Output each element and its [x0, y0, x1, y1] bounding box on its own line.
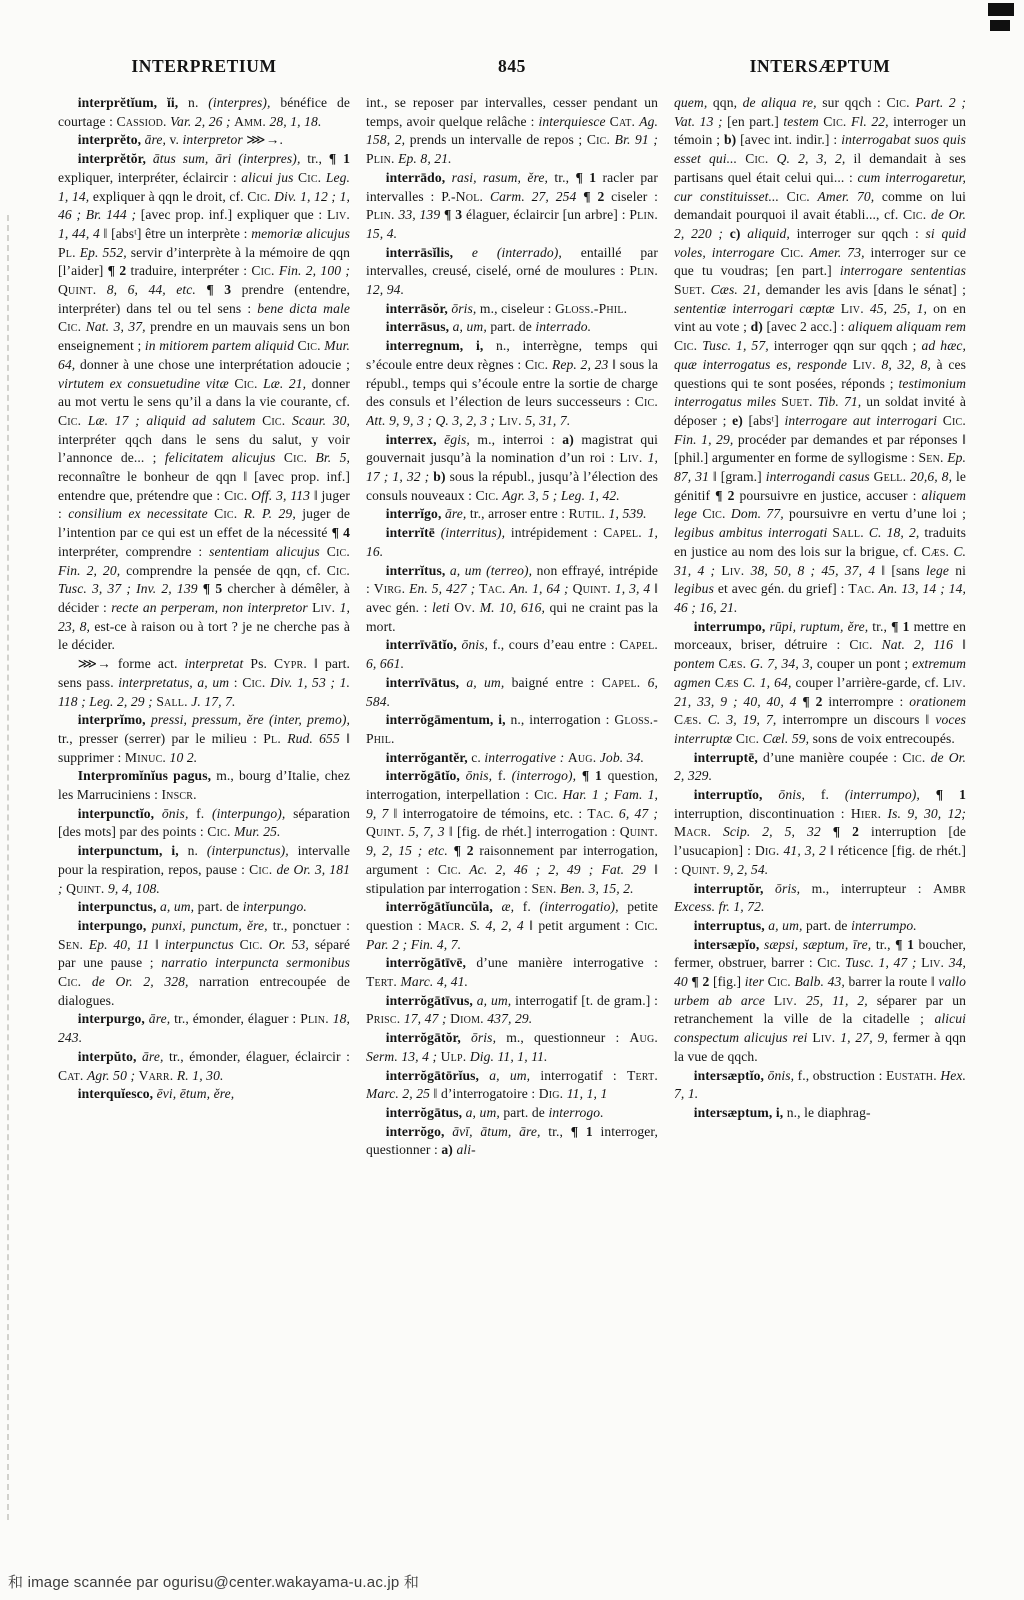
- page-number: 845: [366, 56, 658, 77]
- dictionary-paragraph: Interpromĭnĭus pagus, m., bourg d’Italie…: [58, 767, 350, 804]
- dictionary-paragraph: int., se reposer par intervalles, cesser…: [366, 94, 658, 169]
- dictionary-paragraph: interruptē, d’une manière coupée : Cic. …: [674, 749, 966, 786]
- dictionary-paragraph: interprĭmo, pressi, pressum, ĕre (inter,…: [58, 711, 350, 767]
- dictionary-paragraph: interrŏgātĭo, ōnis, f. (interrogo), ¶ 1 …: [366, 767, 658, 898]
- dictionary-paragraph: interprĕtĭum, ĭi, n. (interpres), bénéfi…: [58, 94, 350, 131]
- dictionary-paragraph: quem, qqn, de aliqua re, sur qqch : Cic.…: [674, 94, 966, 618]
- dictionary-paragraph: interrŏgantĕr, c. interrogative : Aug. J…: [366, 749, 658, 768]
- dictionary-paragraph: interrex, ēgis, m., interroi : a) magist…: [366, 431, 658, 506]
- dictionary-paragraph: interruptŏr, ōris, m., interrupteur : Am…: [674, 880, 966, 917]
- dictionary-paragraph: interrŏgātus, a, um, part. de interrogo.: [366, 1104, 658, 1123]
- guide-word-left: INTERPRETIUM: [58, 56, 350, 77]
- dictionary-paragraph: interpunctĭo, ōnis, f. (interpungo), sép…: [58, 805, 350, 842]
- dictionary-paragraph: interrŏgāmentum, i, n., interrogation : …: [366, 711, 658, 748]
- dictionary-paragraph: interrādo, rasi, rasum, ĕre, tr., ¶ 1 ra…: [366, 169, 658, 244]
- dictionary-paragraph: interrŏgātōrĭus, a, um, interrogatif : T…: [366, 1067, 658, 1104]
- scan-credit: 和 image scannée par ogurisu@center.wakay…: [8, 1571, 419, 1592]
- dictionary-paragraph: interprĕtŏr, ātus sum, āri (interpres), …: [58, 150, 350, 655]
- dictionary-paragraph: interquĭesco, ēvi, ētum, ĕre,: [58, 1085, 350, 1104]
- dictionary-page-scan: INTERPRETIUM 845 INTERSÆPTUM interprĕtĭu…: [0, 0, 1024, 1600]
- dictionary-paragraph: interrāsĭlis, e (interrado), entaillé pa…: [366, 244, 658, 300]
- dictionary-paragraph: interruptus, a, um, part. de interrumpo.: [674, 917, 966, 936]
- dictionary-paragraph: interrŏgo, āvī, ātum, āre, tr., ¶ 1 inte…: [366, 1123, 658, 1160]
- dictionary-paragraph: interprĕto, āre, v. interpretor ⋙→.: [58, 131, 350, 150]
- dictionary-paragraph: interrŏgātŏr, ōris, m., questionneur : A…: [366, 1029, 658, 1066]
- dictionary-paragraph: intersæpĭo, sæpsi, sæptum, īre, tr., ¶ 1…: [674, 936, 966, 1067]
- running-head: INTERPRETIUM 845 INTERSÆPTUM: [58, 56, 966, 77]
- dictionary-paragraph: interrĭtē (interritus), intrépidement : …: [366, 524, 658, 561]
- column-1: interprĕtĭum, ĭi, n. (interpres), bénéfi…: [58, 94, 350, 1496]
- scan-artifact-mark: [988, 3, 1014, 16]
- dictionary-paragraph: interpurgo, āre, tr., émonder, élaguer :…: [58, 1010, 350, 1047]
- dictionary-paragraph: interrŏgātĭuncŭla, æ, f. (interrogatio),…: [366, 898, 658, 954]
- text-columns: interprĕtĭum, ĭi, n. (interpres), bénéfi…: [58, 94, 966, 1496]
- dictionary-paragraph: interregnum, i, n., interrègne, temps qu…: [366, 337, 658, 431]
- column-3: quem, qqn, de aliqua re, sur qqch : Cic.…: [674, 94, 966, 1496]
- dictionary-paragraph: intersæptĭo, ōnis, f., obstruction : Eus…: [674, 1067, 966, 1104]
- dictionary-paragraph: interrĭtus, a, um (terreo), non effrayé,…: [366, 562, 658, 637]
- dictionary-paragraph: interrumpo, rūpi, ruptum, ĕre, tr., ¶ 1 …: [674, 618, 966, 749]
- dictionary-paragraph: interrīvātĭo, ōnis, f., cours d’eau entr…: [366, 636, 658, 673]
- scan-edge-line: [7, 215, 9, 1520]
- dictionary-paragraph: interpungo, punxi, punctum, ĕre, tr., po…: [58, 917, 350, 1011]
- dictionary-paragraph: interpunctus, a, um, part. de interpungo…: [58, 898, 350, 917]
- dictionary-paragraph: ⋙→ forme act. interpretat Ps. Cypr. ‖ pa…: [58, 655, 350, 711]
- dictionary-paragraph: intersæptum, i, n., le diaphrag-: [674, 1104, 966, 1123]
- dictionary-paragraph: interpunctum, i, n. (interpunctus), inte…: [58, 842, 350, 898]
- dictionary-paragraph: interpŭto, āre, tr., émonder, élaguer, é…: [58, 1048, 350, 1085]
- scan-artifact-mark: [990, 20, 1010, 31]
- guide-word-right: INTERSÆPTUM: [674, 56, 966, 77]
- dictionary-paragraph: interrŏgātīvus, a, um, interrogatif [t. …: [366, 992, 658, 1029]
- dictionary-paragraph: interruptĭo, ōnis, f. (interrumpo), ¶ 1 …: [674, 786, 966, 880]
- dictionary-paragraph: interrīvātus, a, um, baigné entre : Cape…: [366, 674, 658, 711]
- dictionary-paragraph: interrāsus, a, um, part. de interrado.: [366, 318, 658, 337]
- dictionary-paragraph: interrĭgo, āre, tr., arroser entre : Rut…: [366, 505, 658, 524]
- dictionary-paragraph: interrāsŏr, ōris, m., ciseleur : Gloss.-…: [366, 300, 658, 319]
- column-2: int., se reposer par intervalles, cesser…: [366, 94, 658, 1496]
- dictionary-paragraph: interrŏgātīvē, d’une manière interrogati…: [366, 954, 658, 991]
